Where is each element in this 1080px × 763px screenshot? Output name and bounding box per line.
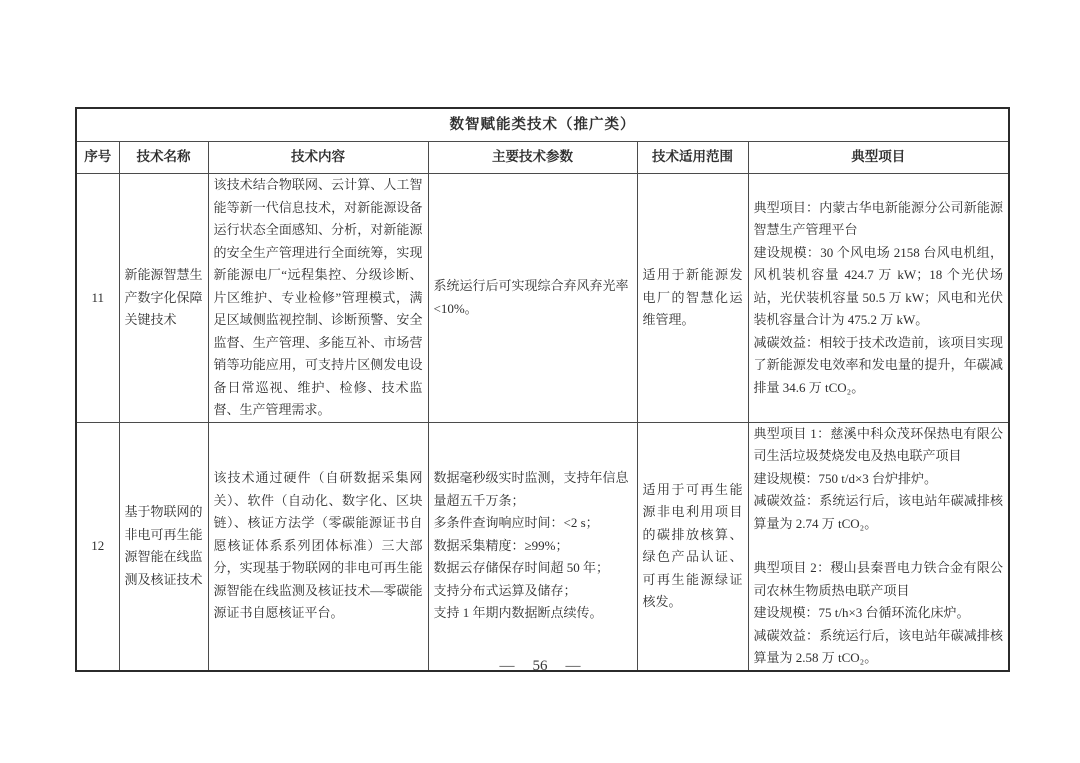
cell-typical-projects: 典型项目 1：慈溪中科众茂环保热电有限公司生活垃圾焚烧发电及热电联产项目 建设规… — [748, 422, 1009, 671]
table-title-row: 数智赋能类技术（推广类） — [76, 108, 1009, 142]
param-line: 数据云存储保存时间超 50 年； — [434, 557, 632, 580]
table-title: 数智赋能类技术（推广类） — [76, 108, 1009, 142]
project-line: 典型项目 1：慈溪中科众茂环保热电有限公司生活垃圾焚烧发电及热电联产项目 — [754, 423, 1004, 468]
cell-tech-params: 数据毫秒级实时监测，支持年信息量超五千万条； 多条件查询响应时间：<2 s； 数… — [428, 422, 637, 671]
cell-tech-content: 该技术通过硬件（自研数据采集网关）、软件（自动化、数字化、区块链）、核证方法学（… — [208, 422, 428, 671]
cell-typical-projects: 典型项目：内蒙古华电新能源分公司新能源智慧生产管理平台 建设规模：30 个风电场… — [748, 174, 1009, 423]
param-line: 支持分布式运算及储存； — [434, 580, 632, 603]
col-header-serial: 序号 — [76, 142, 119, 174]
project-line: 减碳效益：相较于技术改造前，该项目实现了新能源发电效率和发电量的提升，年碳减排量… — [754, 332, 1004, 400]
document-page: 数智赋能类技术（推广类） 序号 技术名称 技术内容 主要技术参数 技术适用范围 … — [0, 0, 1080, 763]
param-line: 系统运行后可实现综合弃风弃光率<10%。 — [434, 275, 632, 320]
project-line: 建设规模：75 t/h×3 台循环流化床炉。 — [754, 602, 1004, 625]
cell-serial-number: 11 — [76, 174, 119, 423]
project-line: 典型项目 2：稷山县秦晋电力铁合金有限公司农林生物质热电联产项目 — [754, 557, 1004, 602]
cell-tech-params: 系统运行后可实现综合弃风弃光率<10%。 — [428, 174, 637, 423]
project-line: 典型项目：内蒙古华电新能源分公司新能源智慧生产管理平台 — [754, 197, 1004, 242]
param-line: 数据毫秒级实时监测，支持年信息量超五千万条； — [434, 467, 632, 512]
project-line: 减碳效益：系统运行后，该电站年碳减排核算量为 2.74 万 tCO₂。 — [754, 490, 1004, 535]
col-header-typical-projects: 典型项目 — [748, 142, 1009, 174]
table-row: 11 新能源智慧生产数字化保障关键技术 该技术结合物联网、云计算、人工智能等新一… — [76, 174, 1009, 423]
technology-table: 数智赋能类技术（推广类） 序号 技术名称 技术内容 主要技术参数 技术适用范围 … — [75, 107, 1010, 672]
footer-dash-right: — — [566, 658, 581, 675]
project-line: 建设规模：30 个风电场 2158 台风电机组，风机装机容量 424.7 万 k… — [754, 242, 1004, 332]
col-header-tech-content: 技术内容 — [208, 142, 428, 174]
cell-tech-name: 新能源智慧生产数字化保障关键技术 — [119, 174, 208, 423]
param-line: 支持 1 年期内数据断点续传。 — [434, 602, 632, 625]
cell-tech-scope: 适用于新能源发电厂的智慧化运维管理。 — [637, 174, 748, 423]
project-line: 建设规模：750 t/d×3 台炉排炉。 — [754, 468, 1004, 491]
table-row: 12 基于物联网的非电可再生能源智能在线监测及核证技术 该技术通过硬件（自研数据… — [76, 422, 1009, 671]
cell-tech-scope: 适用于可再生能源非电利用项目的碳排放核算、绿色产品认证、可再生能源绿证核发。 — [637, 422, 748, 671]
cell-tech-name: 基于物联网的非电可再生能源智能在线监测及核证技术 — [119, 422, 208, 671]
col-header-tech-params: 主要技术参数 — [428, 142, 637, 174]
page-number: 56 — [533, 658, 548, 675]
col-header-tech-scope: 技术适用范围 — [637, 142, 748, 174]
page-footer: — 56 — — [0, 658, 1080, 675]
cell-serial-number: 12 — [76, 422, 119, 671]
param-line: 数据采集精度：≥99%； — [434, 535, 632, 558]
cell-tech-content: 该技术结合物联网、云计算、人工智能等新一代信息技术，对新能源设备运行状态全面感知… — [208, 174, 428, 423]
footer-dash-left: — — [500, 658, 515, 675]
col-header-tech-name: 技术名称 — [119, 142, 208, 174]
param-line: 多条件查询响应时间：<2 s； — [434, 512, 632, 535]
table-header-row: 序号 技术名称 技术内容 主要技术参数 技术适用范围 典型项目 — [76, 142, 1009, 174]
